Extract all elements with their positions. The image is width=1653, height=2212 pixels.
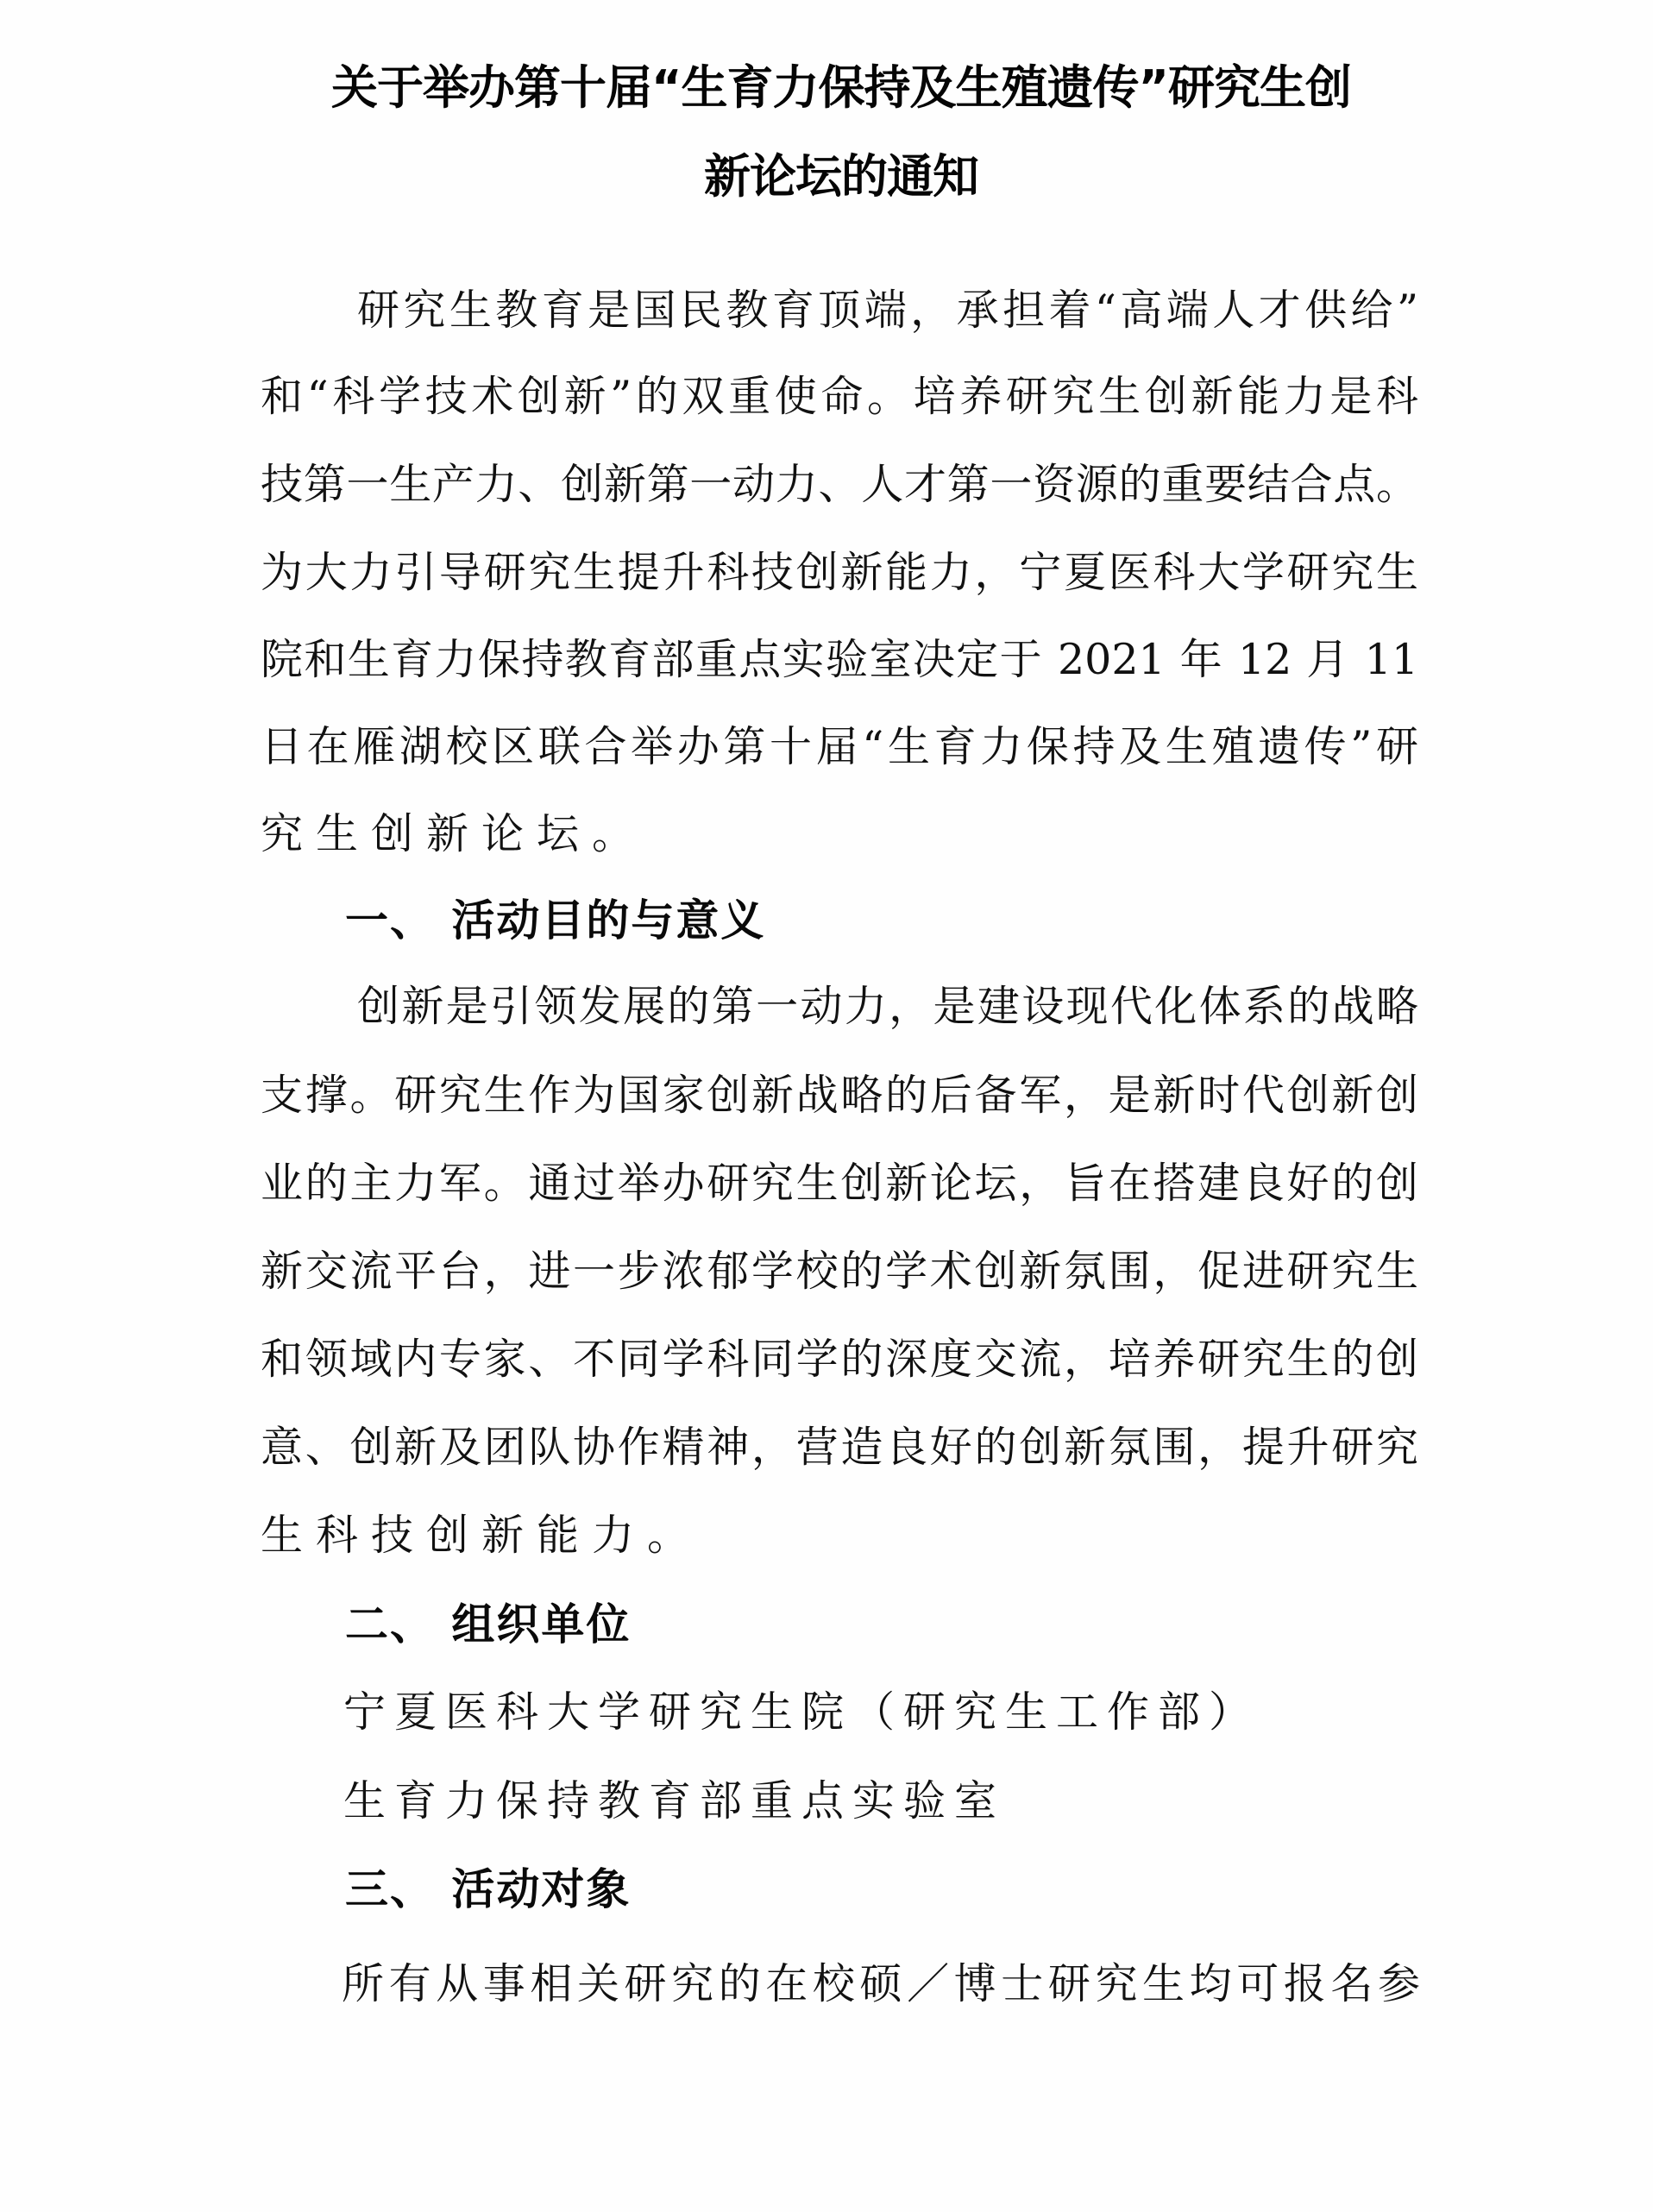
section-1-line: 业的主力军。通过举办研究生创新论坛，旨在搭建良好的创: [261, 1158, 1418, 1210]
intro-line: 技第一生产力、创新第一动力、人才第一资源的重要结合点。: [261, 459, 1418, 511]
intro-line: 究生创新论坛。: [261, 808, 1418, 860]
intro-line: 院和生育力保持教育部重点实验室决定于 2021 年 12 月 11: [261, 634, 1418, 686]
document-page: 关于举办第十届“生育力保持及生殖遗传”研究生创 新论坛的通知 研究生教育是国民教…: [0, 0, 1653, 2212]
intro-line: 为大力引导研究生提升科技创新能力，宁夏医科大学研究生: [261, 547, 1418, 599]
document-title-line-2: 新论坛的通知: [259, 151, 1424, 203]
section-heading-purpose: 一、 活动目的与意义: [345, 895, 765, 946]
section-1-line: 支撑。研究生作为国家创新战略的后备军，是新时代创新创: [261, 1070, 1418, 1122]
organizer-item: 生育力保持教育部重点实验室: [343, 1775, 1005, 1827]
section-1-line: 创新是引领发展的第一动力，是建设现代化体系的战略: [357, 981, 1418, 1033]
section-1-line: 和领域内专家、不同学科同学的深度交流，培养研究生的创: [261, 1334, 1418, 1386]
section-3-line: 所有从事相关研究的在校硕／博士研究生均可报名参: [342, 1958, 1420, 2010]
section-1-line: 意、创新及团队协作精神，营造良好的创新氛围，提升研究: [261, 1422, 1418, 1474]
intro-line: 日在雁湖校区联合举办第十届“生育力保持及生殖遗传”研: [261, 721, 1418, 773]
organizer-item: 宁夏医科大学研究生院（研究生工作部）: [343, 1687, 1260, 1738]
section-heading-participants: 三、 活动对象: [345, 1863, 631, 1915]
section-heading-organizers: 二、 组织单位: [345, 1599, 631, 1650]
section-1-line: 生科技创新能力。: [261, 1510, 1418, 1562]
intro-line: 和“科学技术创新”的双重使命。培养研究生创新能力是科: [261, 371, 1418, 423]
section-1-line: 新交流平台，进一步浓郁学校的学术创新氛围，促进研究生: [261, 1246, 1418, 1298]
intro-line: 研究生教育是国民教育顶端，承担着“高端人才供给”: [357, 285, 1418, 336]
document-title-line-1: 关于举办第十届“生育力保持及生殖遗传”研究生创: [259, 62, 1424, 114]
